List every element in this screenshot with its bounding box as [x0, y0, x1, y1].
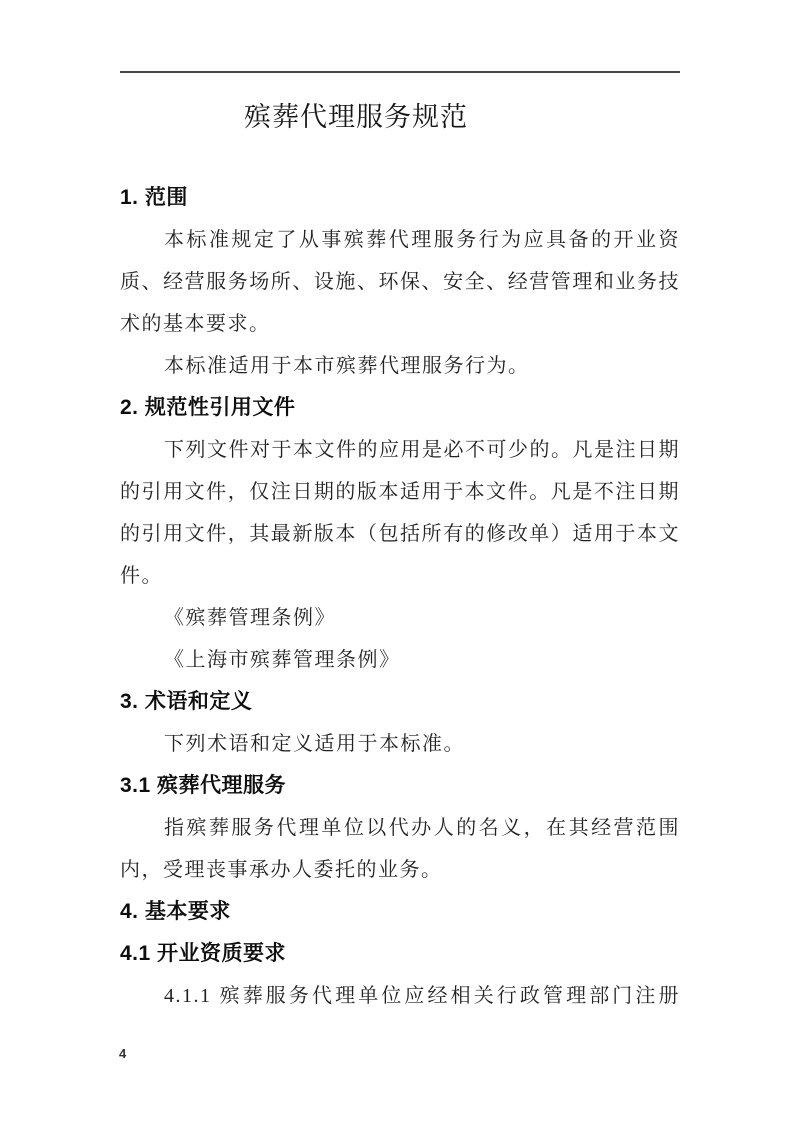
- section-heading: 1. 范围: [120, 177, 680, 219]
- section-heading: 2. 规范性引用文件: [120, 387, 680, 429]
- document-body: 1. 范围本标准规定了从事殡葬代理服务行为应具备的开业资质、经营服务场所、设施、…: [120, 177, 680, 1017]
- document-page: 殡葬代理服务规范 1. 范围本标准规定了从事殡葬代理服务行为应具备的开业资质、经…: [0, 0, 800, 1131]
- header-rule: [120, 71, 680, 73]
- section-heading: 4. 基本要求: [120, 891, 680, 933]
- citation: 《殡葬管理条例》: [120, 597, 680, 639]
- body-paragraph: 4.1.1 殡葬服务代理单位应经相关行政管理部门注册: [120, 975, 680, 1017]
- body-paragraph: 下列文件对于本文件的应用是必不可少的。凡是注日期的引用文件，仅注日期的版本适用于…: [120, 429, 680, 597]
- document-title: 殡葬代理服务规范: [120, 95, 680, 139]
- body-paragraph: 指殡葬服务代理单位以代办人的名义，在其经营范围内，受理丧事承办人委托的业务。: [120, 807, 680, 891]
- page-number: 4: [119, 1046, 126, 1062]
- body-paragraph: 本标准适用于本市殡葬代理服务行为。: [120, 345, 680, 387]
- body-paragraph: 本标准规定了从事殡葬代理服务行为应具备的开业资质、经营服务场所、设施、环保、安全…: [120, 219, 680, 345]
- section-heading: 3. 术语和定义: [120, 681, 680, 723]
- subsection-heading: 4.1 开业资质要求: [120, 933, 680, 975]
- page-content: 殡葬代理服务规范 1. 范围本标准规定了从事殡葬代理服务行为应具备的开业资质、经…: [120, 0, 680, 1017]
- body-paragraph: 下列术语和定义适用于本标准。: [120, 723, 680, 765]
- citation: 《上海市殡葬管理条例》: [120, 639, 680, 681]
- subsection-heading: 3.1 殡葬代理服务: [120, 765, 680, 807]
